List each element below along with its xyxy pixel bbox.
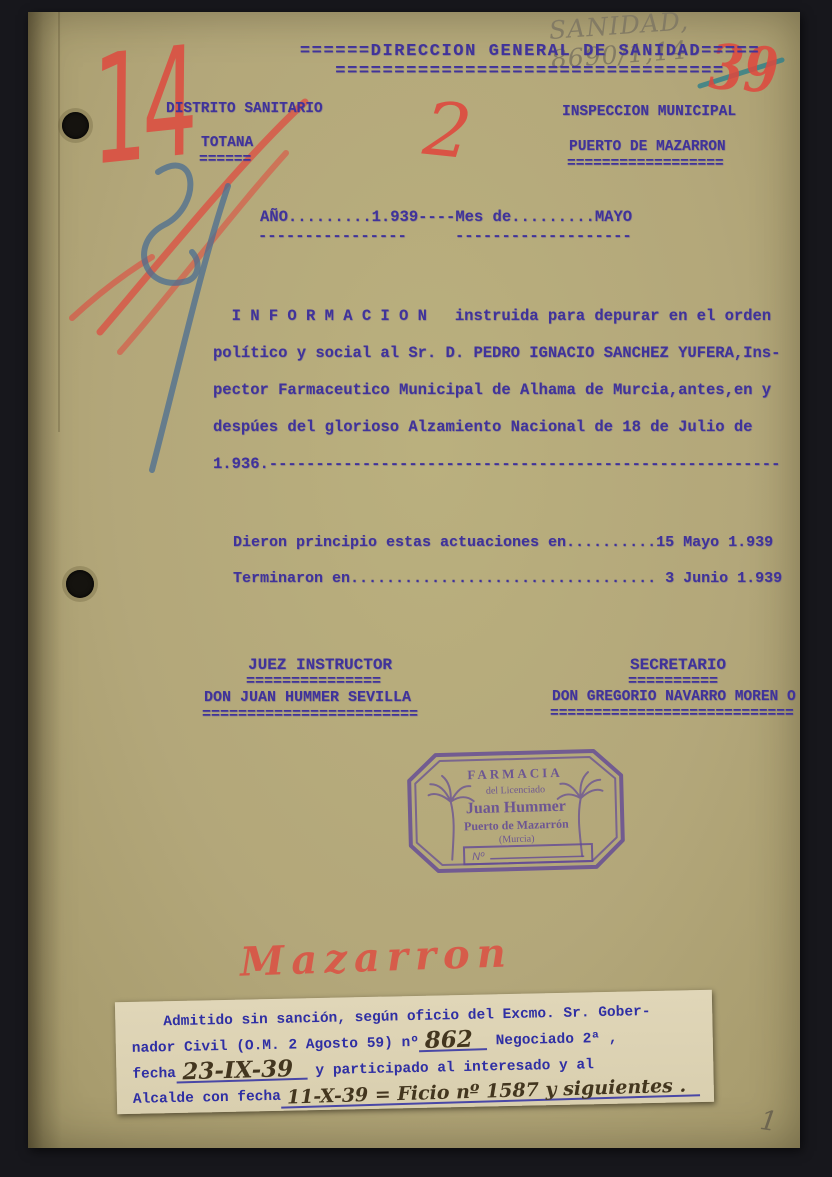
page-fold-shadow	[28, 12, 62, 1148]
stamp-number-label: Nº	[472, 851, 485, 863]
note-line2-typed: nador Civil (O.M. 2 Agosto 59) nº	[132, 1035, 419, 1057]
stamp-line-town: Puerto de Mazarrón	[464, 817, 569, 834]
judge-name-underline: ========================	[202, 706, 418, 723]
body-paragraph-line: pector Farmaceutico Municipal de Alhama …	[213, 381, 771, 399]
month-underline: -------------------	[455, 227, 632, 245]
body-paragraph-line: político y social al Sr. D. PEDRO IGNACI…	[213, 344, 780, 362]
secretary-name-underline: ============================	[550, 706, 794, 722]
pharmacy-stamp: FARMACIA del Licenciado Juan Hummer Puer…	[403, 745, 628, 877]
secretary-name: DON GREGORIO NAVARRO MOREN O	[552, 689, 796, 705]
header-title: ======DIRECCION GENERAL DE SANIDAD=====	[190, 42, 832, 61]
inspection-line1: INSPECCION MUNICIPAL	[562, 104, 736, 120]
stamp-line-province: (Murcia)	[499, 834, 535, 846]
proceedings-start-line: Dieron principio estas actuaciones en...…	[233, 534, 773, 551]
note-line3-handwritten: 23-IX-39	[176, 1060, 307, 1084]
district-line2: TOTANA	[201, 135, 253, 151]
district-underline: ======	[199, 152, 251, 168]
proceedings-end-line: Terminaron en...........................…	[233, 570, 782, 587]
note-line4-typed: Alcalde con fecha	[133, 1089, 281, 1108]
note-line2-handwritten: 862	[419, 1030, 488, 1052]
inspection-line2: PUERTO DE MAZARRON	[569, 139, 726, 155]
page-crease	[58, 12, 60, 432]
center-red-number: 2	[420, 86, 476, 176]
note-line3-typed: fecha	[132, 1066, 176, 1083]
stamp-line-licenciado: del Licenciado	[486, 784, 545, 797]
body-paragraph-line: 1.936.----------------------------------…	[213, 455, 780, 473]
stamp-line-farmacia: FARMACIA	[467, 765, 563, 782]
stamp-line-name: Juan Hummer	[466, 798, 566, 818]
body-paragraph-line: despúes del glorioso Alzamiento Nacional…	[213, 418, 753, 436]
pasted-admission-note: Admitido sin sanción, según oficio del E…	[115, 990, 714, 1114]
header-underline: =================================	[190, 62, 832, 81]
scanned-document: 14 SANIDAD, 8690/1,14 39 2 ======DIRECCI…	[0, 0, 832, 1177]
year-underline: ----------------	[258, 227, 407, 245]
judge-name: DON JUAN HUMMER SEVILLA	[204, 689, 411, 706]
district-line1: DISTRITO SANITARIO	[166, 101, 323, 117]
note-line3-typed-end: y participado al interesado y al	[307, 1057, 594, 1079]
punch-hole-top	[62, 112, 89, 139]
red-place-scrawl: Mazarron	[239, 929, 513, 985]
secretary-role-underline: ==========	[628, 673, 718, 690]
inspection-underline: ==================	[567, 156, 724, 172]
judge-role: JUEZ INSTRUCTOR	[248, 656, 392, 674]
body-paragraph-line: I N F O R M A C I O N instruida para dep…	[213, 307, 771, 325]
secretary-role: SECRETARIO	[630, 656, 726, 674]
note-line2-typed-end: Negociado 2ª ,	[487, 1031, 618, 1050]
punch-hole-bottom	[66, 570, 94, 598]
judge-role-underline: ===============	[246, 673, 381, 690]
year-month-line: AÑO.........1.939----Mes de.........MAYO	[260, 208, 632, 226]
